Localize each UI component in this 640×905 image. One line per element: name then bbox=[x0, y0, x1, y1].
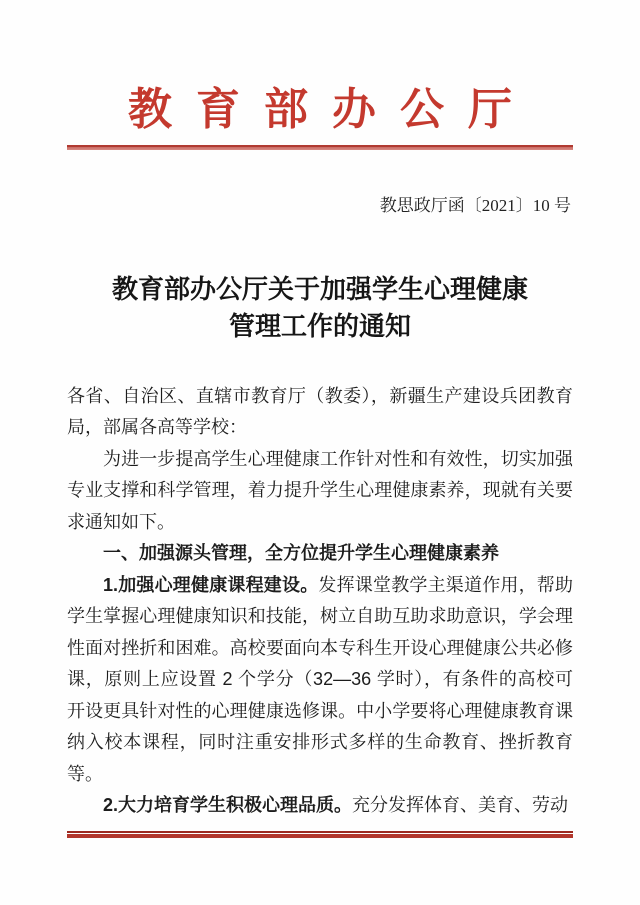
document-title: 教育部办公厅关于加强学生心理健康 管理工作的通知 bbox=[67, 271, 573, 345]
item-1-lead: 1.加强心理健康课程建设。 bbox=[103, 575, 318, 595]
intro-paragraph: 为进一步提高学生心理健康工作针对性和有效性，切实加强专业支撑和科学管理，着力提升… bbox=[67, 444, 573, 539]
agency-masthead: 教育部办公厅 bbox=[67, 86, 573, 134]
document-title-line-1: 教育部办公厅关于加强学生心理健康 bbox=[67, 271, 573, 308]
section-1-heading: 一、加强源头管理，全方位提升学生心理健康素养 bbox=[67, 538, 573, 570]
item-1-paragraph: 1.加强心理健康课程建设。发挥课堂教学主渠道作用，帮助学生掌握心理健康知识和技能… bbox=[67, 570, 573, 791]
document-title-line-2: 管理工作的通知 bbox=[67, 308, 573, 345]
masthead-divider-line bbox=[67, 145, 573, 150]
salutation-paragraph: 各省、自治区、直辖市教育厅（教委），新疆生产建设兵团教育局，部属各高等学校： bbox=[67, 381, 573, 444]
document-body: 各省、自治区、直辖市教育厅（教委），新疆生产建设兵团教育局，部属各高等学校： 为… bbox=[67, 381, 573, 822]
item-1-text: 发挥课堂教学主渠道作用，帮助学生掌握心理健康知识和技能，树立自助互助求助意识，学… bbox=[67, 575, 573, 784]
item-2-lead: 2.大力培育学生积极心理品质。 bbox=[103, 795, 352, 815]
document-content: 教育部办公厅 教思政厅函〔2021〕10 号 教育部办公厅关于加强学生心理健康 … bbox=[67, 86, 573, 838]
document-number: 教思政厅函〔2021〕10 号 bbox=[67, 196, 573, 216]
official-document-page: 教育部办公厅 教思政厅函〔2021〕10 号 教育部办公厅关于加强学生心理健康 … bbox=[0, 0, 640, 905]
item-2-paragraph: 2.大力培育学生积极心理品质。充分发挥体育、美育、劳动 bbox=[67, 790, 573, 822]
item-2-text: 充分发挥体育、美育、劳动 bbox=[352, 795, 568, 815]
footer-divider-line bbox=[67, 831, 573, 838]
